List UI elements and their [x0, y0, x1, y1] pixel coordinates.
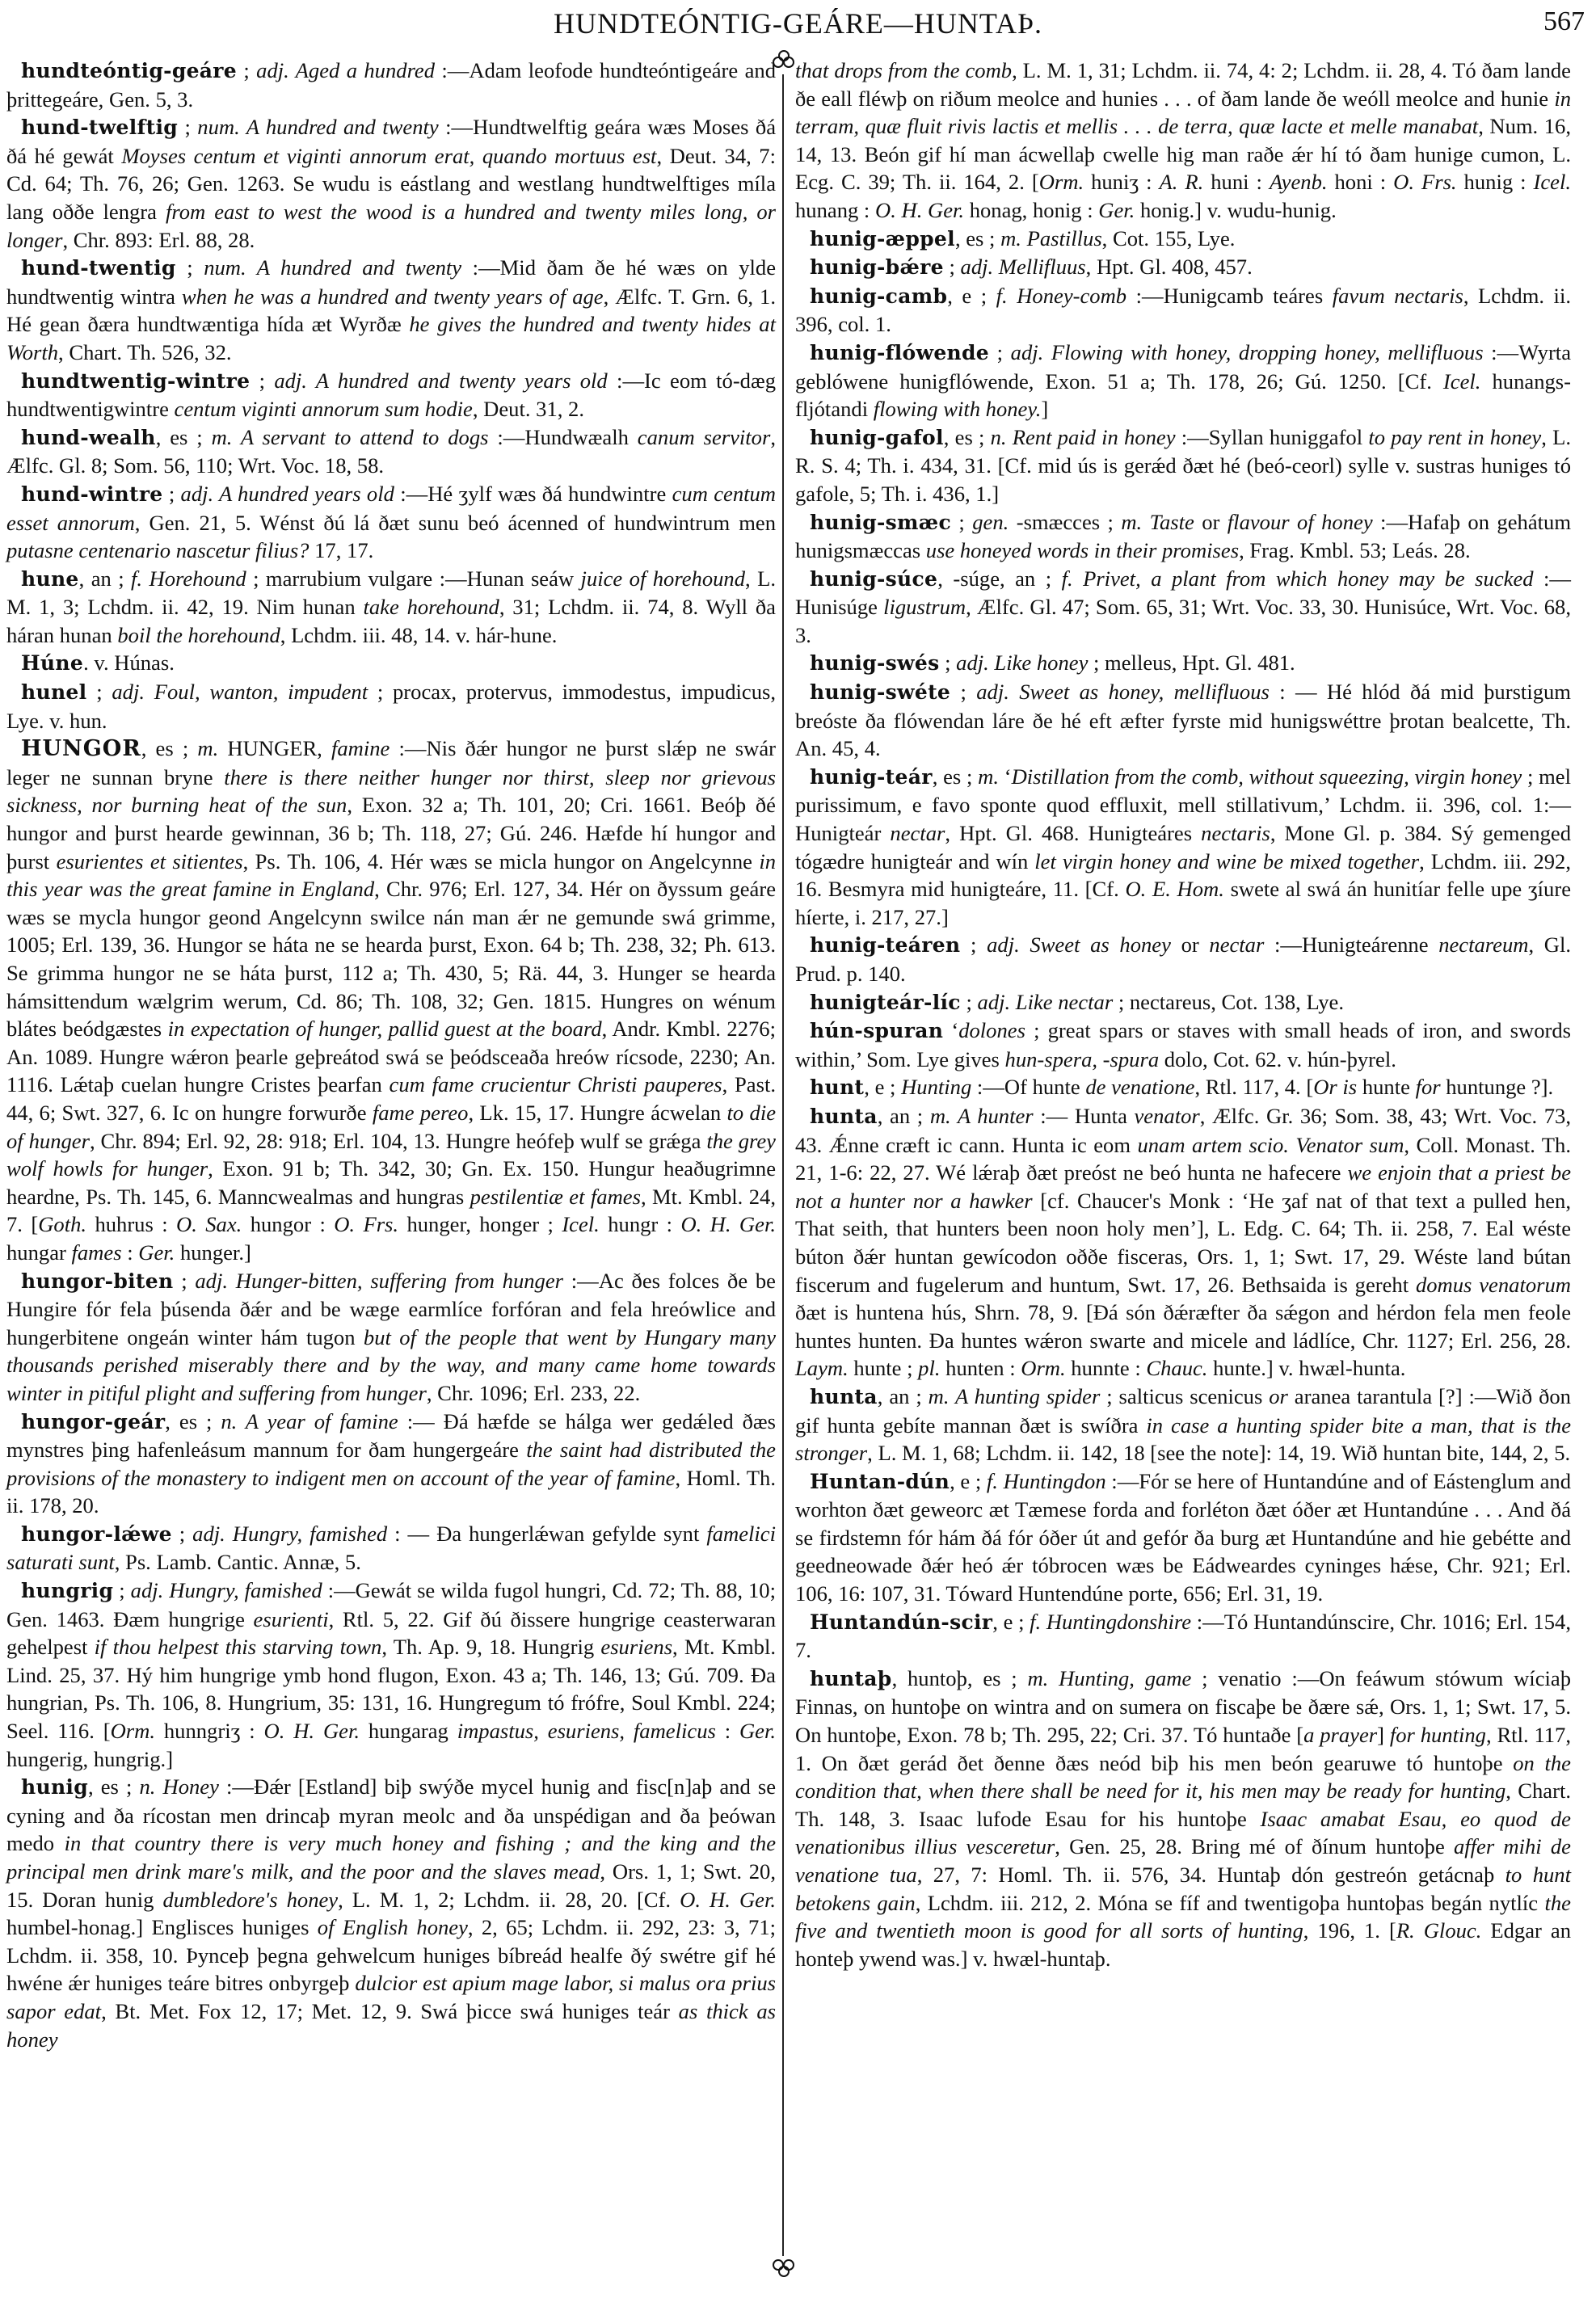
italic-gloss: Icel. — [1443, 369, 1481, 394]
dictionary-entry: hunig-swés ; adj. Like honey ; melleus, … — [795, 649, 1571, 678]
entry-text: , Hpt. Gl. 468. Hunigteáres — [945, 821, 1201, 845]
entry-text: -smæcces ; — [1009, 510, 1121, 534]
headword: hunig — [21, 1775, 88, 1799]
entry-text: :—Hunigteárenne — [1264, 932, 1438, 957]
italic-gloss: adj. Hungry, famished — [192, 1522, 387, 1546]
entry-text: , e ; — [864, 1075, 901, 1099]
italic-gloss: n. Honey — [139, 1774, 218, 1799]
entry-text: , Rtl. 117, 4. [ — [1194, 1075, 1313, 1099]
entry-text: ; — [939, 650, 956, 675]
entry-text: ] — [1377, 1723, 1390, 1747]
dictionary-entry: hunig-flówende ; adj. Flowing with honey… — [795, 339, 1571, 423]
headword: hund-wealh — [21, 426, 156, 449]
entry-text: :—Of hunte — [971, 1075, 1085, 1099]
headword: hungor-geár — [21, 1410, 165, 1433]
italic-gloss: adj. Hungry, famished — [131, 1578, 322, 1602]
entry-text: , es ; — [141, 736, 198, 760]
entry-text: , Lk. 15, 17. Hungre ácwelan — [468, 1101, 726, 1125]
entry-text: hungerig, hungrig.] — [6, 1747, 173, 1771]
entry-text: hunten : — [941, 1356, 1021, 1380]
entry-text: , Gen. 25, 28. Bring mé of ðínum huntoþe — [1055, 1834, 1454, 1858]
headword: hunig-teáren — [810, 933, 960, 957]
italic-gloss: adj. Foul, wanton, impudent — [112, 680, 368, 704]
dictionary-entry: hunig-bǽre ; adj. Mellifluus, Hpt. Gl. 4… — [795, 253, 1571, 282]
italic-gloss: Orm. — [1039, 170, 1084, 194]
italic-gloss: O. Sax. — [176, 1212, 242, 1236]
entry-text: hunger, honger ; — [398, 1212, 562, 1236]
entry-text: hunte ; — [849, 1356, 918, 1380]
italic-gloss: putasne centenario nascetur filius? — [6, 538, 309, 562]
entry-text: , es ; — [955, 226, 1000, 250]
headword: Huntan-dún — [810, 1470, 950, 1493]
entry-text: ; nectareus, Cot. 138, Lye. — [1113, 990, 1344, 1014]
entry-text: ; — [944, 255, 961, 279]
dictionary-entry: hund-wintre ; adj. A hundred years old :… — [6, 480, 776, 565]
entry-text: dolo, Cot. 62. v. hún-þyrel. — [1159, 1047, 1396, 1071]
italic-gloss: O. H. Ger. — [264, 1719, 360, 1743]
entry-text: , Chart. Th. 526, 32. — [58, 340, 231, 364]
italic-gloss: domus venatorum — [1416, 1273, 1571, 1297]
entry-text: HUNGER, — [218, 736, 331, 760]
italic-gloss: O. Frs. — [1393, 170, 1456, 194]
entry-text: hunte.] v. hwæl-hunta. — [1207, 1356, 1405, 1380]
italic-gloss: O. H. Ger. — [680, 1212, 776, 1236]
italic-gloss: nectar — [890, 821, 945, 845]
italic-gloss: n. Rent paid in honey — [991, 425, 1176, 449]
entry-text: , Chr. 1096; Erl. 233, 22. — [427, 1381, 640, 1405]
italic-gloss: Ger. — [1098, 198, 1135, 222]
italic-gloss: m. A hunter — [930, 1104, 1034, 1128]
italic-gloss: Laym. — [795, 1356, 849, 1380]
entry-text: , Lchdm. iii. 48, 14. v. hár-hune. — [280, 623, 558, 647]
entry-text: , 196, 1. [ — [1303, 1918, 1396, 1943]
entry-text: hunte — [1357, 1075, 1415, 1099]
dictionary-entry: HUNGOR, es ; m. HUNGER, famine :—Nis ðǽr… — [6, 735, 776, 1266]
italic-gloss: ligustrum — [883, 595, 966, 619]
italic-gloss: adj. Aged a hundred — [256, 58, 435, 82]
entry-text: ; melleus, Hpt. Gl. 481. — [1088, 650, 1295, 675]
headword: hunel — [21, 680, 86, 704]
entry-text: :—Hunigcamb teáres — [1126, 284, 1333, 308]
entry-text: : — Ða hungerlǽwan gefylde synt — [387, 1522, 706, 1546]
right-column: that drops from the comb, L. M. 1, 31; L… — [795, 57, 1571, 1972]
italic-gloss: that drops from the comb — [795, 58, 1012, 82]
entry-text: huntunge ?]. — [1441, 1075, 1554, 1099]
entry-text: ; — [951, 510, 972, 534]
entry-text: ; marrubium vulgare :—Hunan seáw — [246, 566, 581, 591]
italic-gloss: fame pereo — [373, 1101, 469, 1125]
italic-gloss: m. Hunting, game — [1027, 1666, 1191, 1690]
entry-text: , an ; — [79, 566, 131, 591]
italic-gloss: adj. Like nectar — [978, 990, 1114, 1014]
entry-text: , e ; — [950, 1469, 987, 1493]
dictionary-entry: hunt, e ; Hunting :—Of hunte de venation… — [795, 1073, 1571, 1102]
italic-gloss: f. Horehound — [131, 566, 246, 591]
entry-text: : — [716, 1719, 739, 1743]
dictionary-entry: hunig-swéte ; adj. Sweet as honey, melli… — [795, 678, 1571, 763]
italic-gloss: to pay rent in honey — [1368, 425, 1541, 449]
entry-text: ; — [178, 115, 197, 139]
italic-gloss: gen. — [972, 510, 1009, 534]
entry-text: , Gen. 21, 5. Wénst ðú lá ðæt sunu beó á… — [135, 511, 776, 535]
italic-gloss: Icel. — [1533, 170, 1571, 194]
dictionary-entry: hunig-teár, es ; m. ‘Distillation from t… — [795, 763, 1571, 932]
italic-gloss: flowing with honey. — [874, 397, 1042, 421]
italic-gloss: let virgin honey and wine be mixed toget… — [1034, 849, 1419, 873]
italic-gloss: dumbledore's honey — [162, 1888, 338, 1912]
entry-text: honig.] v. wudu-hunig. — [1135, 198, 1336, 222]
entry-text: ; — [176, 255, 204, 280]
dictionary-entry: Huntan-dún, e ; f. Huntingdon :—Fór se h… — [795, 1467, 1571, 1608]
italic-gloss: m. A servant to attend to dogs — [212, 425, 489, 449]
italic-gloss: favum nectaris — [1333, 284, 1463, 308]
italic-gloss: a prayer — [1303, 1723, 1377, 1747]
italic-gloss: when he was a hundred and twenty years o… — [182, 284, 604, 309]
entry-text: , Lchdm. iii. 212, 2. Móna se fíf and tw… — [916, 1891, 1545, 1915]
italic-gloss: Ger. — [739, 1719, 776, 1743]
headword: hund-wintre — [21, 482, 163, 506]
entry-text: , an ; — [878, 1104, 930, 1128]
entry-text: , Chr. 893: Erl. 88, 28. — [62, 228, 255, 252]
dictionary-entry: hunig-smæc ; gen. -smæcces ; m. Taste or… — [795, 508, 1571, 565]
italic-gloss: adj. Flowing with honey, dropping honey,… — [1011, 340, 1484, 364]
italic-gloss: canum servitor — [638, 425, 771, 449]
entry-text: ; — [86, 680, 112, 704]
italic-gloss: Orm. — [1021, 1356, 1065, 1380]
italic-gloss: cum fame crucientur Christi pauperes — [390, 1072, 722, 1097]
italic-gloss: f. Huntingdon — [987, 1469, 1106, 1493]
dictionary-entry: hunig, es ; n. Honey :—Ðǽr [Estland] biþ… — [6, 1773, 776, 2053]
page-header: HUNDTEÓNTIG-GEÁRE—HUNTAÞ. 567 — [0, 6, 1596, 47]
italic-gloss: O. H. Ger. — [875, 198, 964, 222]
italic-gloss: adj. A hundred and twenty years old — [274, 368, 607, 393]
headword: hunig-teár — [810, 765, 933, 789]
italic-gloss: Or is — [1313, 1075, 1357, 1099]
italic-gloss: m. — [197, 736, 218, 760]
italic-gloss: dolones — [958, 1018, 1025, 1042]
italic-gloss: esurientes et sitientes — [57, 849, 243, 873]
entry-text: hunang : — [795, 198, 875, 222]
entry-text: , Bt. Met. Fox 12, 17; Met. 12, 9. Swá þ… — [101, 1999, 679, 2023]
entry-text: , es ; — [944, 425, 991, 449]
dictionary-entry: hunig-súce, -súge, an ; f. Privet, a pla… — [795, 565, 1571, 650]
entry-text: , Frag. Kmbl. 53; Leás. 28. — [1239, 538, 1471, 562]
headword: hund-twelftig — [21, 116, 178, 139]
italic-gloss: adj. A hundred years old — [181, 482, 394, 506]
italic-gloss: Moyses centum et viginti annorum erat, q… — [121, 144, 656, 168]
italic-gloss: venator — [1135, 1104, 1200, 1128]
dictionary-entry: hungor-geár, es ; n. A year of famine :—… — [6, 1408, 776, 1520]
entry-text: , e ; — [947, 284, 996, 308]
italic-gloss: adj. Sweet as honey — [987, 932, 1171, 957]
headword: hune — [21, 567, 79, 591]
entry-text: huniʒ : — [1084, 170, 1159, 194]
page-number: 567 — [1543, 6, 1585, 37]
entry-text: honi : — [1328, 170, 1394, 194]
headword: hungor-biten — [21, 1269, 173, 1293]
italic-gloss: Distillation from the comb, without sque… — [1012, 764, 1522, 789]
entry-text: ; — [989, 340, 1011, 364]
entry-text: ] — [1041, 397, 1048, 421]
italic-gloss: juice of horehound — [581, 566, 745, 591]
italic-gloss: pestilentiæ et fames — [470, 1185, 641, 1209]
dictionary-entry: hunig-æppel, es ; m. Pastillus, Cot. 155… — [795, 225, 1571, 254]
dictionary-entry: hunig-gafol, es ; n. Rent paid in honey … — [795, 423, 1571, 508]
headword: HUNGOR — [21, 736, 141, 761]
italic-gloss: m. Taste — [1121, 510, 1194, 534]
headword: hunig-smæc — [810, 511, 951, 534]
headword: hunigteár-líc — [810, 991, 961, 1014]
entry-text: , Th. Ap. 9, 18. Hungrig — [381, 1635, 600, 1659]
entry-text: huni : — [1203, 170, 1270, 194]
italic-gloss: m. Pastillus — [1000, 226, 1102, 250]
dictionary-entry: hunigteár-líc ; adj. Like nectar ; necta… — [795, 988, 1571, 1017]
dictionary-entry: hunta, an ; m. A hunter :— Hunta venator… — [795, 1102, 1571, 1383]
entry-text: ; — [250, 368, 274, 393]
entry-text: hungr : — [600, 1212, 681, 1236]
italic-gloss: in expectation of hunger, pallid guest a… — [168, 1017, 602, 1041]
headword: hundteóntig-geáre — [21, 59, 237, 82]
entry-text: or — [1194, 510, 1228, 534]
italic-gloss: or — [1269, 1384, 1288, 1408]
entry-text: hunngriʒ : — [155, 1719, 264, 1743]
italic-gloss: Ayenb. — [1270, 170, 1328, 194]
dictionary-entry: Huntandún-scir, e ; f. Huntingdonshire :… — [795, 1608, 1571, 1665]
dictionary-entry: hune, an ; f. Horehound ; marrubium vulg… — [6, 565, 776, 650]
column-divider — [782, 74, 784, 2256]
italic-gloss: adj. Hunger-bitten, suffering from hunge… — [195, 1269, 563, 1293]
entry-text: ; salticus scenicus — [1100, 1384, 1269, 1408]
entry-text: 17, 17. — [309, 538, 373, 562]
entry-text: ; — [173, 1269, 195, 1293]
headword: hungrig — [21, 1579, 113, 1602]
entry-text: :—Hundwæalh — [488, 425, 637, 449]
dictionary-entry: hún-spuran ‘dolones ; great spars or sta… — [795, 1017, 1571, 1073]
dictionary-entry: hunel ; adj. Foul, wanton, impudent ; pr… — [6, 678, 776, 735]
entry-text: , huntoþ, es ; — [892, 1666, 1028, 1690]
entry-text: ‘ — [943, 1018, 958, 1042]
entry-text: . v. Húnas. — [83, 650, 175, 675]
italic-gloss: if thou helpest this starving town — [95, 1635, 382, 1659]
italic-gloss: take horehound — [363, 595, 499, 619]
entry-text: , es ; — [165, 1409, 221, 1433]
entry-text: , an ; — [878, 1384, 929, 1408]
headword: hunig-swés — [810, 651, 939, 675]
italic-gloss: esurienti — [254, 1607, 329, 1631]
italic-gloss: impastus, esuriens, famelicus — [457, 1719, 716, 1743]
italic-gloss: for hunting — [1390, 1723, 1486, 1747]
entry-text: , Ps. Th. 106, 4. Hér wæs se micla hungo… — [243, 849, 760, 873]
headword: hundtwentig-wintre — [21, 369, 250, 393]
left-column: hundteóntig-geáre ; adj. Aged a hundred … — [6, 57, 776, 2053]
dictionary-entry: hundteóntig-geáre ; adj. Aged a hundred … — [6, 57, 776, 113]
italic-gloss: Goth. — [38, 1212, 86, 1236]
italic-gloss: famine — [331, 736, 390, 760]
headword: hún-spuran — [810, 1019, 943, 1042]
italic-gloss: nectar — [1209, 932, 1264, 957]
dictionary-entry: huntaþ, huntoþ, es ; m. Hunting, game ; … — [795, 1665, 1571, 1973]
italic-gloss: f. Huntingdonshire — [1030, 1610, 1191, 1634]
entry-text: ; — [113, 1578, 130, 1602]
entry-text: ðæt is huntena hús, Shrn. 78, 9. [Ðá són… — [795, 1300, 1571, 1353]
dictionary-entry: hungor-lǽwe ; adj. Hungry, famished : — … — [6, 1520, 776, 1576]
italic-gloss: pl. — [918, 1356, 940, 1380]
entry-text: ; — [163, 482, 181, 506]
entry-text: ; — [961, 990, 978, 1014]
entry-text: , Cot. 155, Lye. — [1102, 226, 1236, 250]
entry-text: hunnte : — [1066, 1356, 1147, 1380]
italic-gloss: R. Glouc. — [1396, 1918, 1482, 1943]
headword: huntaþ — [810, 1667, 892, 1690]
headword: hunig-swéte — [810, 680, 950, 704]
italic-gloss: num. A hundred and twenty — [204, 255, 461, 280]
italic-gloss: adj. Like honey — [956, 650, 1088, 675]
entry-text: hungor : — [242, 1212, 334, 1236]
italic-gloss: m. A hunting spider — [929, 1384, 1101, 1408]
entry-text: , Deut. 31, 2. — [473, 397, 584, 421]
entry-text: hungar — [6, 1240, 72, 1265]
entry-text: or — [1171, 932, 1209, 957]
italic-gloss: centum viginti annorum sum hodie — [175, 397, 473, 421]
entry-text: ; — [960, 932, 987, 957]
entry-text: hunig : — [1457, 170, 1534, 194]
italic-gloss: esuriens — [600, 1635, 672, 1659]
italic-gloss: Chauc. — [1146, 1356, 1207, 1380]
italic-gloss: nectareum — [1438, 932, 1528, 957]
entry-text: , es ; — [933, 764, 978, 789]
dictionary-entry: hunig-teáren ; adj. Sweet as honey or ne… — [795, 931, 1571, 987]
headword: hunig-súce — [810, 567, 937, 591]
italic-gloss: O. Frs. — [334, 1212, 398, 1236]
entry-text: , e ; — [992, 1610, 1030, 1634]
dictionary-entry: Húne. v. Húnas. — [6, 649, 776, 678]
entry-text: honag, honig : — [964, 198, 1098, 222]
italic-gloss: nectaris — [1201, 821, 1270, 845]
italic-gloss: Hunting — [901, 1075, 971, 1099]
entry-text: , L. M. 1, 2; Lchdm. ii. 28, 20. [Cf. — [338, 1888, 680, 1912]
headword: hunig-bǽre — [810, 255, 944, 279]
entry-text: ‘ — [999, 764, 1012, 789]
headword: hunt — [810, 1076, 864, 1099]
dictionary-entry: hunta, an ; m. A hunting spider ; saltic… — [795, 1383, 1571, 1467]
italic-gloss: n. A year of famine — [221, 1409, 398, 1433]
entry-text: , 27, 7: Homl. Th. ii. 576, 34. Huntaþ d… — [917, 1863, 1505, 1887]
italic-gloss: of English honey — [318, 1915, 468, 1939]
italic-gloss: for — [1416, 1075, 1441, 1099]
italic-gloss: unam artem scio. Venator sum — [1137, 1133, 1404, 1157]
headword: hunta — [810, 1385, 878, 1408]
headword: Huntandún-scir — [810, 1610, 992, 1634]
italic-gloss: use honeyed words in their promises — [926, 538, 1239, 562]
entry-text: :—Hé ʒylf wæs ðá hundwintre — [394, 482, 672, 506]
entry-text: :— Hunta — [1034, 1104, 1135, 1128]
dictionary-entry: that drops from the comb, L. M. 1, 31; L… — [795, 57, 1571, 225]
italic-gloss: adj. Sweet as honey, mellifluous — [976, 680, 1270, 704]
headword: hunig-flówende — [810, 341, 989, 364]
headword: hund-twentig — [21, 256, 176, 280]
entry-text: , L. M. 1, 68; Lchdm. ii. 142, 18 [see t… — [867, 1441, 1570, 1465]
italic-gloss: boil the horehound — [117, 623, 280, 647]
dictionary-entry: hunig-camb, e ; f. Honey-comb :—Hunigcam… — [795, 282, 1571, 339]
running-title: HUNDTEÓNTIG-GEÁRE—HUNTAÞ. — [0, 6, 1596, 40]
headword: hunta — [810, 1105, 878, 1128]
entry-text: humbel-honag.] Englisces huniges — [6, 1915, 318, 1939]
entry-text: hunger.] — [175, 1240, 251, 1265]
italic-gloss: flavour of honey — [1228, 510, 1373, 534]
headword: hunig-camb — [810, 284, 947, 308]
dictionary-entry: hundtwentig-wintre ; adj. A hundred and … — [6, 367, 776, 423]
headword: Húne — [21, 651, 83, 675]
italic-gloss: de venatione — [1085, 1075, 1194, 1099]
entry-text: hungarag — [360, 1719, 457, 1743]
entry-text: ; — [237, 58, 256, 82]
dictionary-entry: hungrig ; adj. Hungry, famished :—Gewát … — [6, 1576, 776, 1773]
italic-gloss: O. E. Hom. — [1125, 877, 1223, 901]
entry-text: , -súge, an ; — [937, 566, 1061, 591]
italic-gloss: A. R. — [1160, 170, 1204, 194]
entry-text: :—Syllan huniggafol — [1176, 425, 1369, 449]
dictionary-entry: hund-twentig ; num. A hundred and twenty… — [6, 254, 776, 366]
italic-gloss: fames — [72, 1240, 122, 1265]
entry-text: , es ; — [88, 1774, 139, 1799]
italic-gloss: f. Honey-comb — [996, 284, 1126, 308]
entry-text: huhrus : — [86, 1212, 176, 1236]
italic-gloss: f. Privet, a plant from which honey may … — [1062, 566, 1534, 591]
entry-text: ; — [172, 1522, 192, 1546]
italic-gloss: num. A hundred and twenty — [197, 115, 438, 139]
trefoil-ornament-icon — [773, 2256, 794, 2277]
entry-text: , es ; — [156, 425, 212, 449]
italic-gloss: m. — [978, 764, 999, 789]
entry-text: : — [122, 1240, 139, 1265]
italic-gloss: O. H. Ger. — [680, 1888, 776, 1912]
headword: hunig-æppel — [810, 227, 955, 250]
entry-text: , Ps. Lamb. Cantic. Annæ, 5. — [115, 1550, 361, 1574]
headword: hunig-gafol — [810, 426, 944, 449]
entry-text: , Chr. 894; Erl. 92, 28: 918; Erl. 104, … — [90, 1129, 706, 1153]
dictionary-entry: hund-twelftig ; num. A hundred and twent… — [6, 113, 776, 254]
entry-text: ; — [950, 680, 976, 704]
italic-gloss: hun-spera, -spura — [1005, 1047, 1160, 1071]
dictionary-entry: hungor-biten ; adj. Hunger-bitten, suffe… — [6, 1267, 776, 1408]
entry-text: , Hpt. Gl. 408, 457. — [1086, 255, 1253, 279]
headword: hungor-lǽwe — [21, 1522, 172, 1546]
italic-gloss: adj. Mellifluus — [961, 255, 1086, 279]
italic-gloss: Ger. — [138, 1240, 175, 1265]
italic-gloss: Orm. — [111, 1719, 155, 1743]
italic-gloss: Icel. — [562, 1212, 600, 1236]
dictionary-entry: hund-wealh, es ; m. A servant to attend … — [6, 423, 776, 480]
